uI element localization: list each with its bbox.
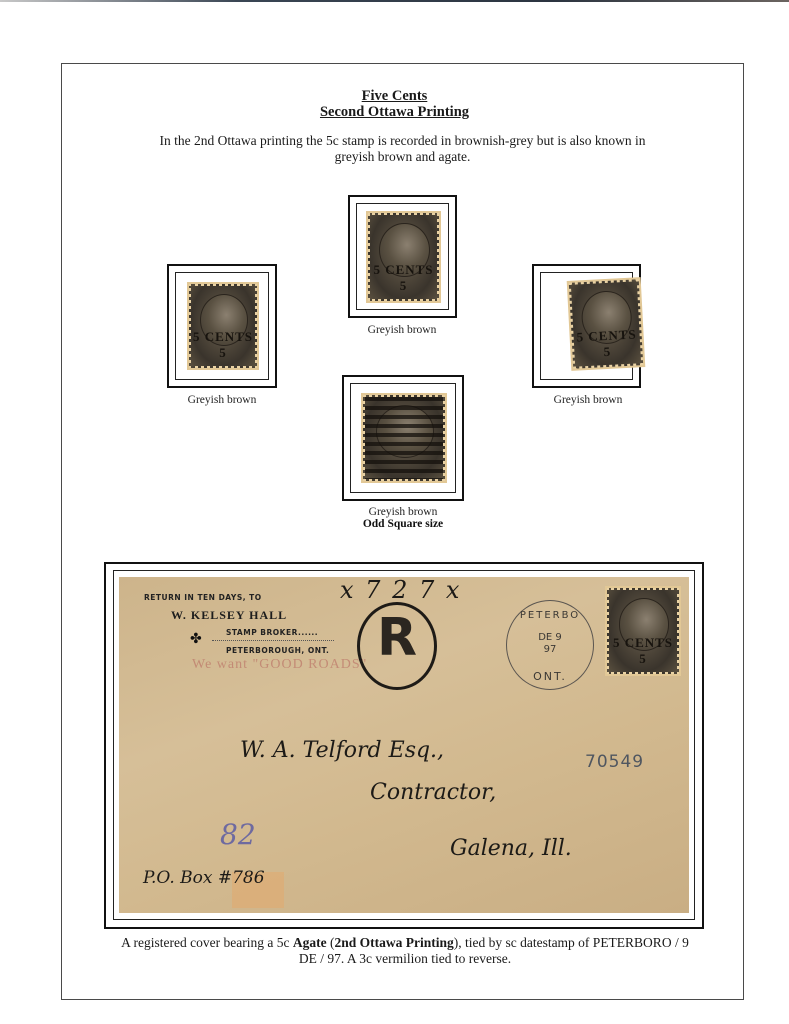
stamp-mount-top-center: 5 CENTS 5 (348, 195, 457, 318)
cover-stamp: 5 CENTS 5 (606, 587, 680, 675)
stamp-denomination: 5 CENTS 5 (191, 329, 255, 361)
page-title: Five Cents (0, 88, 789, 104)
stamp-denomination: 5 CENTS 5 (573, 326, 641, 361)
address-line: Galena, Ill. (450, 836, 572, 861)
stamp-denomination: 5 CENTS 5 (609, 635, 677, 667)
sender-name: W. KELSEY HALL (171, 608, 287, 623)
barred-cancel (365, 397, 443, 479)
stamp-note: Odd Square size (343, 518, 463, 530)
stamp-caption: Greyish brown (528, 394, 648, 406)
caption-color-name: Agate (293, 935, 327, 950)
blue-crayon-mark: 82 (220, 818, 256, 851)
page-subtitle: Second Ottawa Printing (0, 104, 789, 120)
scan-edge (0, 0, 789, 2)
stamp-mount-bottom-center (342, 375, 464, 501)
stamp-image: 5 CENTS 5 (568, 278, 645, 370)
sender-city: PETERBOROUGH, ONT. (226, 646, 329, 655)
stamp-caption: Greyish brown (162, 394, 282, 406)
stamp-caption: Greyish brown (342, 324, 462, 336)
sender-trade: STAMP BROKER...... (226, 628, 318, 637)
stamp-image: 5 CENTS 5 (367, 212, 440, 302)
caption-printing-name: 2nd Ottawa Printing (334, 935, 453, 950)
po-box-note: P.O. Box #786 (143, 868, 265, 888)
cover-caption: A registered cover bearing a 5c Agate (2… (120, 935, 690, 967)
registration-number: 70549 (585, 752, 644, 772)
address-line: Contractor, (370, 780, 496, 805)
stamp-mount-right: 5 CENTS 5 (532, 264, 641, 388)
slogan-imprint: We want "GOOD ROADS" (192, 657, 367, 673)
stamp-image (362, 394, 446, 482)
cross-ornament-icon: ✤ (190, 631, 202, 647)
stamp-mount-left: 5 CENTS 5 (167, 264, 277, 388)
caption-text: A registered cover bearing a 5c (121, 935, 293, 950)
address-line: W. A. Telford Esq., (240, 738, 444, 763)
datestamp-day: DE 9 (515, 632, 585, 644)
intro-text: In the 2nd Ottawa printing the 5c stamp … (150, 133, 655, 165)
stamp-denomination: 5 CENTS 5 (370, 262, 437, 294)
stamp-caption: Greyish brown (343, 506, 463, 518)
registration-mark: R (357, 608, 437, 668)
datestamp-town: PETERBO (515, 610, 585, 621)
handwritten-number: x 7 2 7 x (340, 576, 461, 604)
return-instruction: RETURN IN TEN DAYS, TO (144, 593, 262, 602)
divider (212, 640, 334, 641)
datestamp-year: 97 (515, 644, 585, 656)
stamp-image: 5 CENTS 5 (188, 283, 258, 369)
datestamp-province: ONT. (515, 670, 585, 683)
datestamp-date: DE 9 97 (515, 632, 585, 656)
